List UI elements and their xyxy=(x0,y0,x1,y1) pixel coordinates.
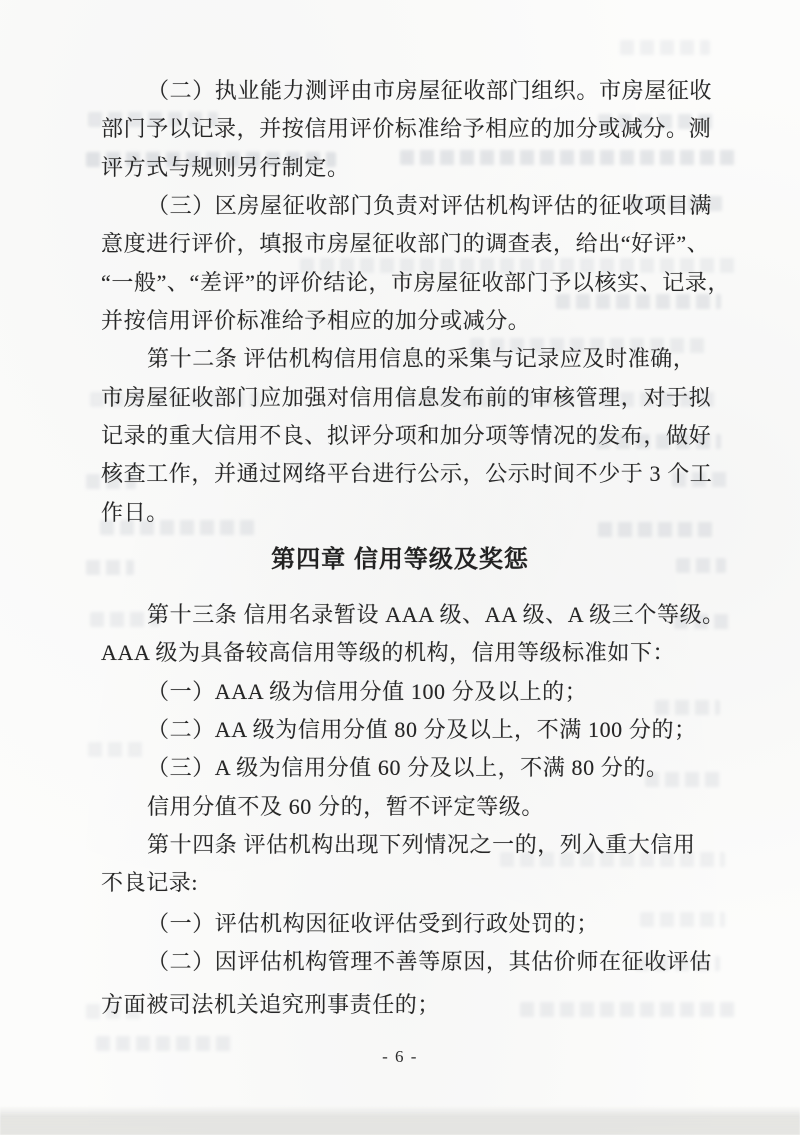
text-line: （一）AAA 级为信用分值 100 分及以上的； xyxy=(147,679,587,705)
showthrough-artifact xyxy=(88,742,148,757)
text-line: 核查工作，并通过网络平台进行公示，公示时间不少于 3 个工 xyxy=(101,461,712,487)
text-line: 第十二条 评估机构信用信息的采集与记录应及时准确， xyxy=(147,346,696,372)
showthrough-artifact xyxy=(620,40,710,55)
text-line: 市房屋征收部门应加强对信用信息发布前的审核管理，对于拟 xyxy=(101,385,711,411)
showthrough-artifact xyxy=(598,522,718,537)
scan-edge-shadow xyxy=(0,1106,800,1135)
text-line: （二）执业能力测评由市房屋征收部门组织。市房屋征收 xyxy=(147,78,712,104)
text-line: （一）评估机构因征收评估受到行政处罚的； xyxy=(147,911,599,937)
text-line: 意度进行评价，填报市房屋征收部门的调查表，给出“好评”、 xyxy=(101,231,709,257)
showthrough-artifact xyxy=(556,294,721,309)
text-line: 评方式与规则另行制定。 xyxy=(101,155,350,181)
document-page: （二）执业能力测评由市房屋征收部门组织。市房屋征收 部门予以记录，并按信用评价标… xyxy=(0,0,800,1135)
text-line: （二）AA 级为信用分值 80 分及以上，不满 100 分的； xyxy=(147,717,697,743)
text-line: 并按信用评价标准给予相应的加分或减分。 xyxy=(101,308,530,334)
text-line: 第十四条 评估机构出现下列情况之一的，列入重大信用 xyxy=(147,832,696,858)
text-line: “一般”、“差评”的评价结论，市房屋征收部门予以核实、记录， xyxy=(101,270,730,296)
text-line: AAA 级为具备较高信用等级的机构，信用等级标准如下： xyxy=(101,640,675,666)
text-line: 方面被司法机关追究刑事责任的； xyxy=(101,992,440,1018)
text-line: 第十三条 信用名录暂设 AAA 级、AA 级、A 级三个等级。 xyxy=(147,602,725,628)
text-line: 不良记录: xyxy=(101,870,198,896)
showthrough-artifact xyxy=(655,700,720,715)
chapter-heading: 第四章 信用等级及奖惩 xyxy=(0,546,800,574)
text-line: （三）区房屋征收部门负责对评估机构评估的征收项目满 xyxy=(147,193,712,219)
page-number: - 6 - xyxy=(0,1047,800,1067)
showthrough-artifact xyxy=(640,912,725,927)
text-line: （二）因评估机构管理不善等原因，其估价师在征收评估 xyxy=(147,949,712,975)
text-line: 记录的重大信用不良、拟评分项和加分项等情况的发布，做好 xyxy=(101,423,711,449)
text-line: 作日。 xyxy=(101,500,169,526)
text-line: 部门予以记录，并按信用评价标准给予相应的加分或减分。测 xyxy=(101,116,711,142)
showthrough-artifact xyxy=(520,1002,740,1017)
text-line: 信用分值不及 60 分的，暂不评定等级。 xyxy=(147,794,544,820)
showthrough-artifact xyxy=(400,150,740,165)
text-line: （三）A 级为信用分值 60 分及以上，不满 80 分的。 xyxy=(147,755,669,781)
